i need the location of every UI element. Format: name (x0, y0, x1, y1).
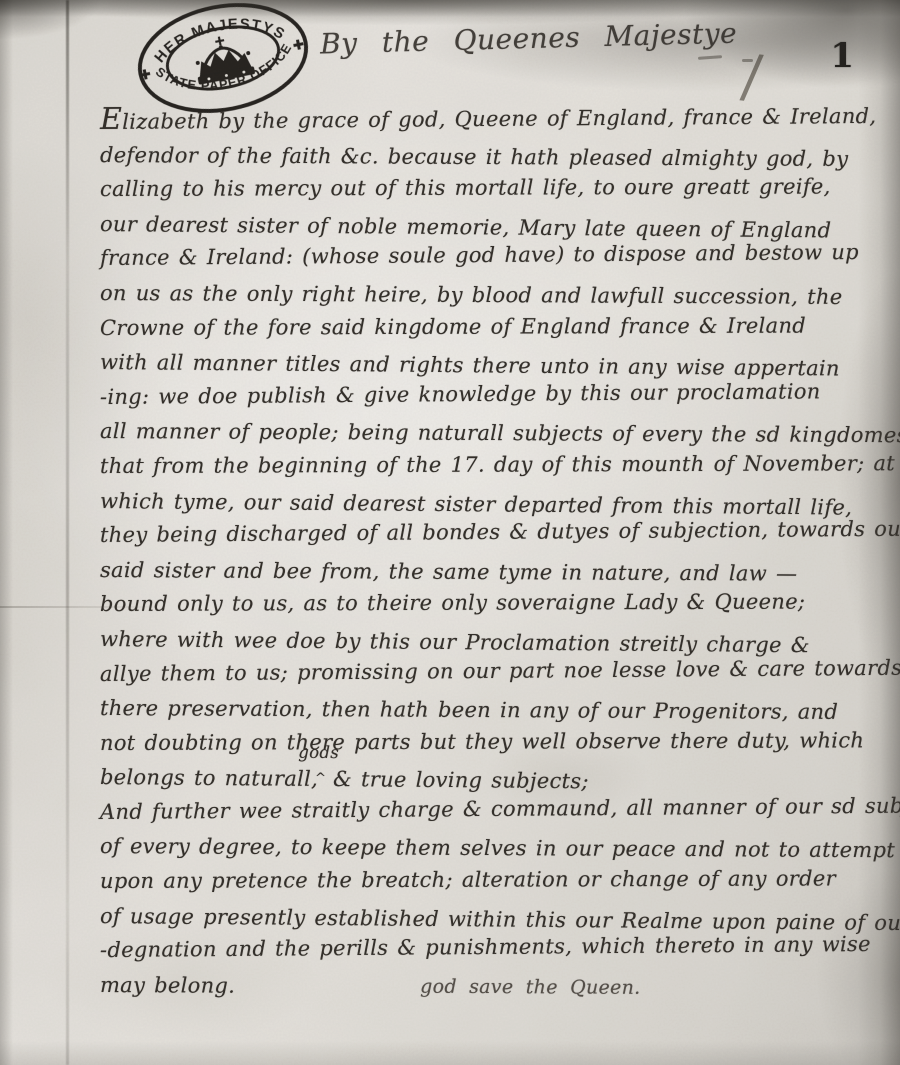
manuscript-line: they being discharged of all bondes & du… (100, 512, 886, 553)
ink-dash-mark (742, 59, 753, 62)
closing-text: may belong. (100, 968, 235, 1003)
manuscript-line: bound only to us, as to theire only sove… (100, 585, 886, 622)
manuscript-line: calling to his mercy out of this mortall… (100, 169, 886, 206)
manuscript-line: france & Ireland: (whose soule god have)… (100, 235, 886, 276)
manuscript-line: allye them to us; promissing on our part… (100, 650, 886, 691)
manuscript-line: that from the beginning of the 17. day o… (100, 446, 886, 483)
closing-line: may belong. god save the Queen. (100, 968, 886, 1007)
blessing-text: god save the Queen. (420, 970, 641, 1006)
caret-icon: ^ (315, 763, 327, 798)
manuscript-line: -ing: we doe publish & give knowledge by… (100, 374, 886, 415)
manuscript-line: upon any pretence the breatch; alteratio… (100, 861, 886, 898)
manuscript-line: Crowne of the fore said kingdome of Engl… (100, 308, 886, 345)
manuscript-line: Elizabeth by the grace of god, Queene of… (100, 97, 886, 138)
stamp-left-ornament-icon: ✚ (138, 66, 152, 83)
manuscript-line: And further wee straitly charge & commau… (100, 789, 886, 830)
manuscript-body: Elizabeth by the grace of god, Queene of… (100, 103, 886, 1002)
vertical-fold-line (66, 0, 69, 1065)
line-text-post: & true loving subjects; (333, 767, 589, 793)
manuscript-line: -degnation and the perills & punishments… (100, 927, 886, 968)
document-heading: By the Queenes Majestye (320, 17, 738, 61)
line-text-pre: belongs to naturall, (100, 765, 318, 791)
ink-dash-mark (698, 55, 722, 60)
page-number: 1 (830, 36, 854, 76)
manuscript-line: not doubting on there parts but they wel… (100, 723, 886, 760)
manuscript-page: HER MAJESTYS STATE PAPER OFFICE ✚ ✚ By t… (0, 0, 900, 1065)
